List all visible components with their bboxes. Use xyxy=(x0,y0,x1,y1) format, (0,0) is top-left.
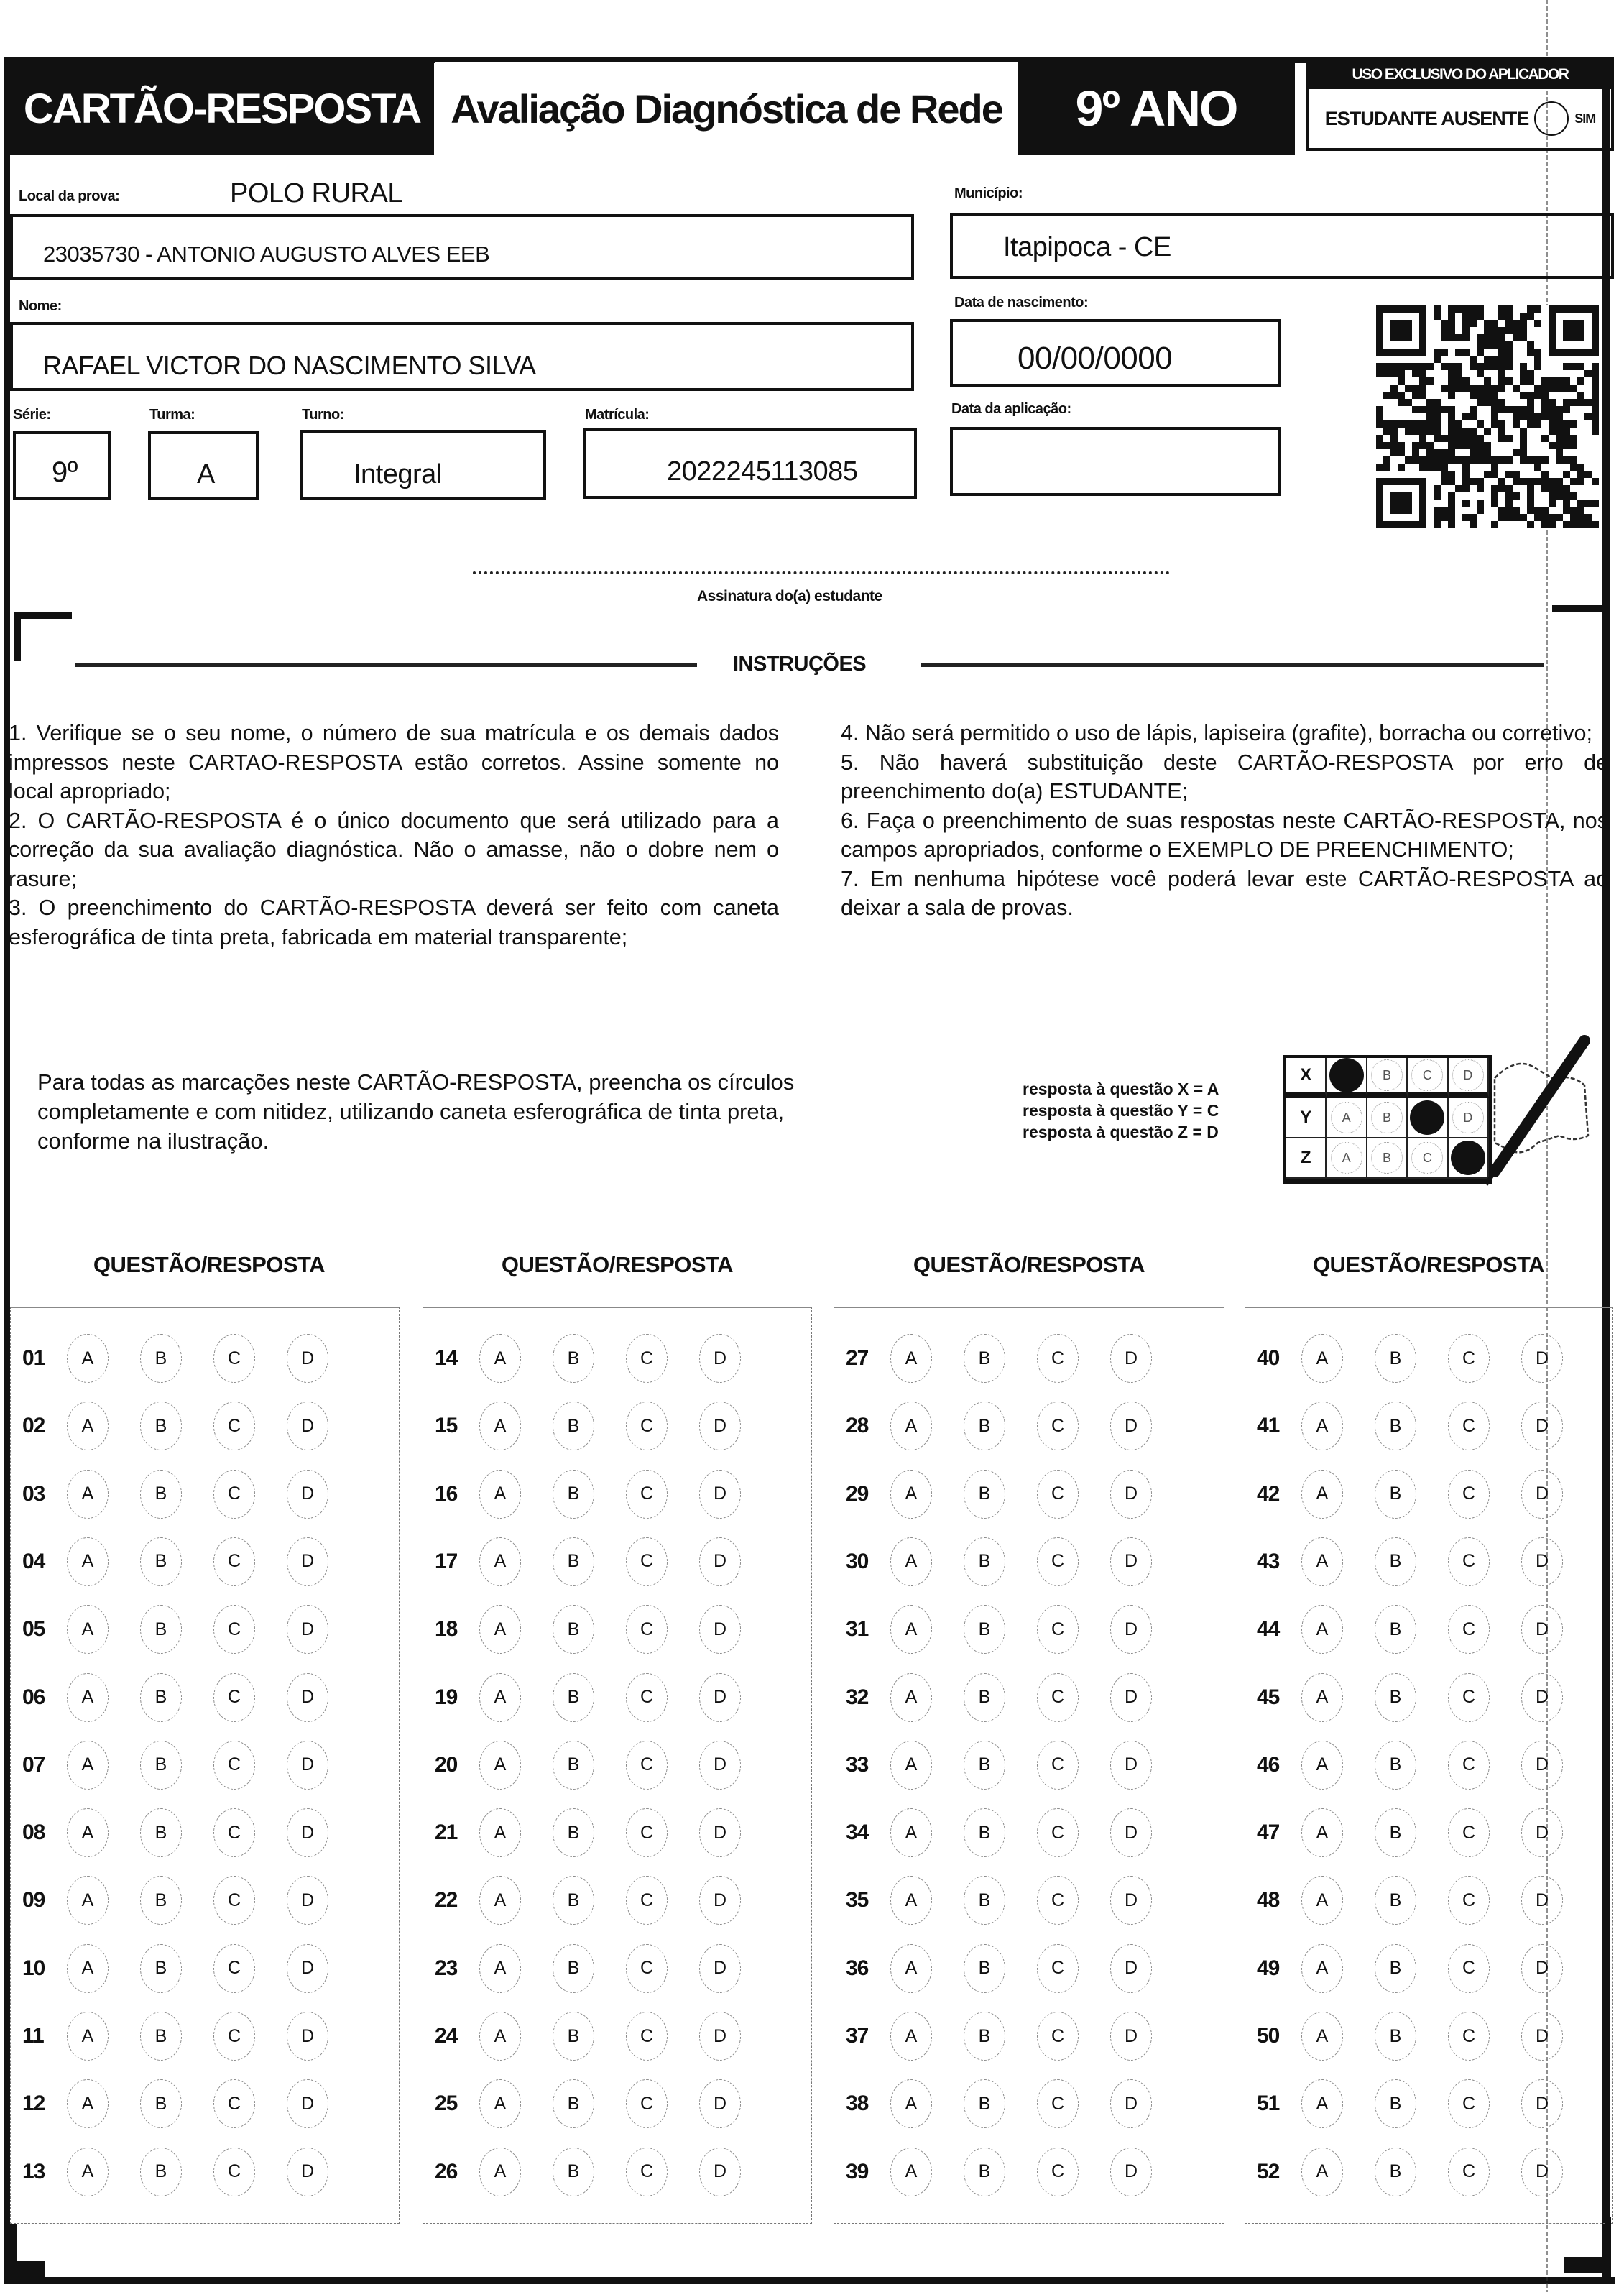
answer-bubble-d[interactable]: D xyxy=(1521,1537,1563,1586)
question-number: 48 xyxy=(1245,1888,1298,1913)
answer-bubble-d[interactable]: D xyxy=(1521,1876,1563,1925)
example-bubble: A xyxy=(1331,1142,1362,1174)
answer-bubble-c[interactable]: C xyxy=(1037,1334,1079,1383)
answer-bubble-b[interactable]: B xyxy=(964,1944,1005,1993)
answer-bubble-a[interactable]: A xyxy=(67,1876,109,1925)
answer-bubble-a[interactable]: A xyxy=(67,1808,109,1857)
question-row: 26ABCD xyxy=(423,2150,811,2194)
answer-bubble-a[interactable]: A xyxy=(1301,2148,1343,2196)
answer-bubble-b[interactable]: B xyxy=(964,1334,1005,1383)
answer-bubble-a[interactable]: A xyxy=(890,1741,932,1790)
corner-mark-bottom-left-block xyxy=(10,2261,45,2278)
answer-bubble-c[interactable]: C xyxy=(1037,1402,1079,1450)
answer-bubble-d[interactable]: D xyxy=(287,1334,328,1383)
answer-bubble-c[interactable]: C xyxy=(1037,1876,1079,1925)
answer-bubble-c[interactable]: C xyxy=(1037,1605,1079,1654)
turma-field: A xyxy=(148,431,259,500)
example-cell xyxy=(1408,1098,1448,1138)
answer-bubble-a[interactable]: A xyxy=(67,2079,109,2128)
answer-bubble-d[interactable]: D xyxy=(287,1944,328,1993)
answer-bubble-b[interactable]: B xyxy=(1375,1605,1416,1654)
answer-bubble-d[interactable]: D xyxy=(287,1605,328,1654)
answer-bubble-c[interactable]: C xyxy=(213,2079,255,2128)
fill-example-grid: XBCDYABDZABC xyxy=(1283,1055,1492,1184)
answer-bubble-d[interactable]: D xyxy=(1110,2012,1152,2061)
answer-bubble-d[interactable]: D xyxy=(287,2148,328,2196)
answer-bubble-a[interactable]: A xyxy=(890,1605,932,1654)
answer-bubble-d[interactable]: D xyxy=(699,1876,741,1925)
example-cell: A xyxy=(1327,1138,1367,1179)
corner-mark-top-left-v xyxy=(14,612,21,661)
answer-bubble-c[interactable]: C xyxy=(1448,1334,1490,1383)
answer-bubble-d[interactable]: D xyxy=(287,1470,328,1519)
answer-bubble-b[interactable]: B xyxy=(553,1537,594,1586)
answer-bubble-d[interactable]: D xyxy=(1110,1402,1152,1450)
question-row: 42ABCD xyxy=(1245,1473,1612,1516)
answer-bubble-a[interactable]: A xyxy=(479,1808,521,1857)
fill-note: Para todas as marcações neste CARTÃO-RES… xyxy=(37,1067,857,1156)
answer-bubble-a[interactable]: A xyxy=(890,1402,932,1450)
answer-bubble-b[interactable]: B xyxy=(140,1673,182,1722)
answer-bubble-c[interactable]: C xyxy=(1037,1673,1079,1722)
answer-bubble-d[interactable]: D xyxy=(287,1876,328,1925)
question-number: 23 xyxy=(423,1956,476,1981)
answer-bubble-c[interactable]: C xyxy=(626,1402,668,1450)
answer-bubble-b[interactable]: B xyxy=(553,1876,594,1925)
answer-bubble-b[interactable]: B xyxy=(1375,1402,1416,1450)
answer-bubble-a[interactable]: A xyxy=(890,1673,932,1722)
question-number: 21 xyxy=(423,1821,476,1845)
question-number: 11 xyxy=(11,2024,64,2048)
answer-bubble-b[interactable]: B xyxy=(1375,1876,1416,1925)
answer-bubble-d[interactable]: D xyxy=(1521,1605,1563,1654)
answer-bubble-a[interactable]: A xyxy=(67,2012,109,2061)
answer-bubble-d[interactable]: D xyxy=(699,1402,741,1450)
answer-bubble-a[interactable]: A xyxy=(1301,1470,1343,1519)
answer-bubble-a[interactable]: A xyxy=(1301,1673,1343,1722)
answer-bubble-c[interactable]: C xyxy=(626,1537,668,1586)
answer-bubble-a[interactable]: A xyxy=(1301,1944,1343,1993)
answer-bubble-b[interactable]: B xyxy=(1375,2148,1416,2196)
answer-bubble-d[interactable]: D xyxy=(287,1402,328,1450)
answer-bubble-c[interactable]: C xyxy=(1448,1944,1490,1993)
answer-bubble-a[interactable]: A xyxy=(67,2148,109,2196)
answer-bubble-a[interactable]: A xyxy=(1301,2012,1343,2061)
answer-bubble-d[interactable]: D xyxy=(699,1673,741,1722)
answer-bubble-b[interactable]: B xyxy=(1375,1470,1416,1519)
answer-bubble-a[interactable]: A xyxy=(890,2012,932,2061)
question-number: 31 xyxy=(834,1617,887,1642)
answer-bubble-d[interactable]: D xyxy=(1110,1673,1152,1722)
answer-bubble-a[interactable]: A xyxy=(1301,2079,1343,2128)
answer-bubble-b[interactable]: B xyxy=(553,1334,594,1383)
answer-bubble-a[interactable]: A xyxy=(479,1334,521,1383)
answer-bubble-b[interactable]: B xyxy=(1375,1334,1416,1383)
answer-bubble-c[interactable]: C xyxy=(1037,1470,1079,1519)
answer-bubble-d[interactable]: D xyxy=(287,1808,328,1857)
answer-bubble-a[interactable]: A xyxy=(1301,1402,1343,1450)
answer-bubble-c[interactable]: C xyxy=(213,1741,255,1790)
answer-bubble-c[interactable]: C xyxy=(1037,2012,1079,2061)
answer-bubble-b[interactable]: B xyxy=(964,1876,1005,1925)
answer-bubble-b[interactable]: B xyxy=(553,1402,594,1450)
answer-bubble-d[interactable]: D xyxy=(287,1537,328,1586)
answer-bubble-d[interactable]: D xyxy=(1521,1334,1563,1383)
answer-bubble-b[interactable]: B xyxy=(1375,1808,1416,1857)
answer-bubble-b[interactable]: B xyxy=(964,1470,1005,1519)
answer-bubble-b[interactable]: B xyxy=(964,1741,1005,1790)
answer-bubble-c[interactable]: C xyxy=(626,1944,668,1993)
answer-bubble-a[interactable]: A xyxy=(67,1470,109,1519)
question-number: 16 xyxy=(423,1482,476,1506)
answer-bubble-d[interactable]: D xyxy=(699,1470,741,1519)
answer-bubble-b[interactable]: B xyxy=(140,1537,182,1586)
answer-bubble-c[interactable]: C xyxy=(626,2148,668,2196)
answer-bubble-b[interactable]: B xyxy=(140,1944,182,1993)
answer-bubble-d[interactable]: D xyxy=(1110,1334,1152,1383)
example-legend: resposta à questão X = A resposta à ques… xyxy=(1023,1078,1219,1143)
answer-bubble-c[interactable]: C xyxy=(1448,1537,1490,1586)
answer-bubble-b[interactable]: B xyxy=(1375,1673,1416,1722)
answer-bubble-d[interactable]: D xyxy=(1110,1470,1152,1519)
instruction-4: 4. Não será permitido o uso de lápis, la… xyxy=(841,719,1608,748)
answer-bubble-a[interactable]: A xyxy=(67,1944,109,1993)
question-row: 23ABCD xyxy=(423,1947,811,1990)
answer-bubble-d[interactable]: D xyxy=(699,1334,741,1383)
answer-bubble-c[interactable]: C xyxy=(1448,1470,1490,1519)
answer-bubble-c[interactable]: C xyxy=(626,1334,668,1383)
answer-bubble-d[interactable]: D xyxy=(287,1741,328,1790)
answer-bubble-b[interactable]: B xyxy=(140,1402,182,1450)
answer-bubble-b[interactable]: B xyxy=(1375,2079,1416,2128)
answer-bubble-a[interactable]: A xyxy=(479,1470,521,1519)
aplicacao-label: Data da aplicação: xyxy=(951,401,1071,418)
instruction-5: 5. Não haverá substituição deste CARTÃO-… xyxy=(841,748,1608,806)
example-bubble: B xyxy=(1371,1059,1403,1091)
question-number: 25 xyxy=(423,2091,476,2116)
answer-bubble-d[interactable]: D xyxy=(699,1808,741,1857)
answer-column: 27ABCD28ABCD29ABCD30ABCD31ABCD32ABCD33AB… xyxy=(834,1307,1224,2224)
answer-bubble-c[interactable]: C xyxy=(1037,1537,1079,1586)
answer-bubble-c[interactable]: C xyxy=(1448,2079,1490,2128)
answer-bubble-b[interactable]: B xyxy=(964,2012,1005,2061)
answer-bubble-d[interactable]: D xyxy=(699,2012,741,2061)
answer-bubble-b[interactable]: B xyxy=(140,1876,182,1925)
turno-field: Integral xyxy=(300,430,546,500)
answer-bubble-b[interactable]: B xyxy=(553,2012,594,2061)
answer-bubble-c[interactable]: C xyxy=(213,1537,255,1586)
answer-bubble-c[interactable]: C xyxy=(626,1673,668,1722)
answer-bubble-b[interactable]: B xyxy=(553,1741,594,1790)
example-row-label: Y xyxy=(1286,1098,1327,1138)
answer-bubble-a[interactable]: A xyxy=(67,1402,109,1450)
answer-bubble-c[interactable]: C xyxy=(1037,2079,1079,2128)
answer-bubble-d[interactable]: D xyxy=(1521,1944,1563,1993)
serie-label: Série: xyxy=(13,407,51,423)
answer-bubble-b[interactable]: B xyxy=(964,1537,1005,1586)
answer-bubble-c[interactable]: C xyxy=(1448,1741,1490,1790)
answer-bubble-c[interactable]: C xyxy=(626,1741,668,1790)
answer-bubble-b[interactable]: B xyxy=(140,1470,182,1519)
question-number: 33 xyxy=(834,1753,887,1777)
answer-bubble-a[interactable]: A xyxy=(479,1537,521,1586)
answer-bubble-c[interactable]: C xyxy=(1037,1808,1079,1857)
question-number: 40 xyxy=(1245,1346,1298,1371)
answer-bubble-d[interactable]: D xyxy=(1521,2079,1563,2128)
answer-bubble-a[interactable]: A xyxy=(890,1537,932,1586)
answer-bubble-b[interactable]: B xyxy=(1375,1537,1416,1586)
answer-bubble-c[interactable]: C xyxy=(1037,2148,1079,2196)
answer-bubble-a[interactable]: A xyxy=(890,1944,932,1993)
question-row: 51ABCD xyxy=(1245,2082,1612,2125)
answer-bubble-d[interactable]: D xyxy=(1110,1605,1152,1654)
answer-bubble-c[interactable]: C xyxy=(213,1808,255,1857)
answer-bubble-d[interactable]: D xyxy=(699,1741,741,1790)
answer-bubble-c[interactable]: C xyxy=(213,2012,255,2061)
answer-bubble-d[interactable]: D xyxy=(1521,1673,1563,1722)
answer-bubble-b[interactable]: B xyxy=(1375,2012,1416,2061)
answer-bubble-d[interactable]: D xyxy=(699,2148,741,2196)
answer-bubble-a[interactable]: A xyxy=(1301,1741,1343,1790)
answer-bubble-a[interactable]: A xyxy=(1301,1537,1343,1586)
answer-bubble-d[interactable]: D xyxy=(1521,1741,1563,1790)
answer-bubble-a[interactable]: A xyxy=(479,1673,521,1722)
answer-bubble-b[interactable]: B xyxy=(964,1808,1005,1857)
instructions-rule-right xyxy=(921,663,1544,667)
answer-bubble-a[interactable]: A xyxy=(1301,1334,1343,1383)
example-cell xyxy=(1327,1058,1367,1098)
answer-bubble-d[interactable]: D xyxy=(699,1605,741,1654)
answer-bubble-a[interactable]: A xyxy=(479,1402,521,1450)
question-number: 44 xyxy=(1245,1617,1298,1642)
answer-bubble-a[interactable]: A xyxy=(890,1470,932,1519)
answer-bubble-d[interactable]: D xyxy=(1521,2148,1563,2196)
answer-bubble-c[interactable]: C xyxy=(1037,1741,1079,1790)
answer-column-title: QUESTÃO/RESPOSTA xyxy=(1278,1252,1579,1278)
question-row: 43ABCD xyxy=(1245,1540,1612,1583)
question-number: 09 xyxy=(11,1888,64,1913)
answer-bubble-c[interactable]: C xyxy=(213,1334,255,1383)
answer-bubble-d[interactable]: D xyxy=(287,2079,328,2128)
question-number: 43 xyxy=(1245,1550,1298,1574)
answer-bubble-d[interactable]: D xyxy=(287,1673,328,1722)
answer-bubble-b[interactable]: B xyxy=(553,1605,594,1654)
answer-bubble-a[interactable]: A xyxy=(479,1741,521,1790)
answer-bubble-b[interactable]: B xyxy=(140,1605,182,1654)
matricula-field: 2022245113085 xyxy=(583,428,917,499)
answer-bubble-b[interactable]: B xyxy=(964,2079,1005,2128)
answer-bubble-a[interactable]: A xyxy=(1301,1808,1343,1857)
answer-bubble-a[interactable]: A xyxy=(890,2079,932,2128)
corner-mark-top-right xyxy=(1552,605,1610,612)
answer-bubble-d[interactable]: D xyxy=(287,2012,328,2061)
answer-bubble-b[interactable]: B xyxy=(964,2148,1005,2196)
answer-bubble-b[interactable]: B xyxy=(140,1741,182,1790)
answer-bubble-b[interactable]: B xyxy=(553,1808,594,1857)
answer-bubble-d[interactable]: D xyxy=(699,1537,741,1586)
answer-bubble-b[interactable]: B xyxy=(553,1470,594,1519)
answer-bubble-c[interactable]: C xyxy=(213,1876,255,1925)
answer-bubble-c[interactable]: C xyxy=(1448,1876,1490,1925)
answer-bubble-b[interactable]: B xyxy=(140,2148,182,2196)
example-bubble: C xyxy=(1411,1142,1443,1174)
answer-bubble-a[interactable]: A xyxy=(479,2148,521,2196)
answer-bubble-b[interactable]: B xyxy=(964,1605,1005,1654)
answer-bubble-c[interactable]: C xyxy=(213,1605,255,1654)
school-value: 23035730 - ANTONIO AUGUSTO ALVES EEB xyxy=(43,241,489,267)
answer-bubble-d[interactable]: D xyxy=(1110,2148,1152,2196)
answer-bubble-a[interactable]: A xyxy=(67,1537,109,1586)
filled-bubble-icon xyxy=(1329,1058,1364,1092)
answer-bubble-a[interactable]: A xyxy=(1301,1876,1343,1925)
nascimento-label: Data de nascimento: xyxy=(954,295,1088,311)
answer-bubble-a[interactable]: A xyxy=(67,1741,109,1790)
answer-bubble-c[interactable]: C xyxy=(626,1470,668,1519)
answer-bubble-a[interactable]: A xyxy=(479,1876,521,1925)
answer-bubble-a[interactable]: A xyxy=(67,1673,109,1722)
answer-bubble-a[interactable]: A xyxy=(479,1944,521,1993)
answer-bubble-c[interactable]: C xyxy=(213,1673,255,1722)
answer-bubble-b[interactable]: B xyxy=(1375,1944,1416,1993)
question-row: 30ABCD xyxy=(834,1540,1224,1583)
answer-bubble-d[interactable]: D xyxy=(1110,1944,1152,1993)
question-row: 28ABCD xyxy=(834,1404,1224,1448)
question-number: 26 xyxy=(423,2160,476,2184)
question-number: 03 xyxy=(11,1482,64,1506)
answer-bubble-a[interactable]: A xyxy=(890,1808,932,1857)
aplicacao-field[interactable] xyxy=(950,427,1281,496)
answer-bubble-c[interactable]: C xyxy=(213,2148,255,2196)
answer-column-title: QUESTÃO/RESPOSTA xyxy=(878,1252,1180,1278)
question-row: 11ABCD xyxy=(11,2015,399,2058)
answer-bubble-c[interactable]: C xyxy=(626,1605,668,1654)
answer-bubble-c[interactable]: C xyxy=(213,1470,255,1519)
answer-bubble-a[interactable]: A xyxy=(1301,1605,1343,1654)
answer-bubble-d[interactable]: D xyxy=(699,2079,741,2128)
answer-bubble-a[interactable]: A xyxy=(67,1605,109,1654)
answer-bubble-d[interactable]: D xyxy=(1110,1808,1152,1857)
answer-bubble-c[interactable]: C xyxy=(213,1402,255,1450)
answer-bubble-d[interactable]: D xyxy=(1521,1470,1563,1519)
answer-bubble-b[interactable]: B xyxy=(964,1402,1005,1450)
answer-bubble-c[interactable]: C xyxy=(626,1808,668,1857)
answer-bubble-b[interactable]: B xyxy=(1375,1741,1416,1790)
absent-label: ESTUDANTE AUSENTE xyxy=(1325,108,1529,130)
answer-bubble-c[interactable]: C xyxy=(1448,2148,1490,2196)
answer-bubble-d[interactable]: D xyxy=(1521,1808,1563,1857)
example-cell: B xyxy=(1367,1138,1408,1179)
answer-bubble-d[interactable]: D xyxy=(1521,1402,1563,1450)
question-row: 24ABCD xyxy=(423,2015,811,2058)
answer-bubble-b[interactable]: B xyxy=(553,1944,594,1993)
answer-bubble-a[interactable]: A xyxy=(479,1605,521,1654)
answer-bubble-c[interactable]: C xyxy=(626,2012,668,2061)
question-row: 15ABCD xyxy=(423,1404,811,1448)
answer-bubble-a[interactable]: A xyxy=(479,2079,521,2128)
question-number: 45 xyxy=(1245,1685,1298,1710)
answer-bubble-b[interactable]: B xyxy=(553,1673,594,1722)
answer-bubble-c[interactable]: C xyxy=(1037,1944,1079,1993)
answer-bubble-d[interactable]: D xyxy=(699,1944,741,1993)
question-row: 50ABCD xyxy=(1245,2015,1612,2058)
local-label: Local da prova: xyxy=(19,188,119,205)
question-number: 06 xyxy=(11,1685,64,1710)
question-row: 38ABCD xyxy=(834,2082,1224,2125)
example-row-label: Z xyxy=(1286,1138,1327,1179)
example-legend-y: resposta à questão Y = C xyxy=(1023,1100,1219,1121)
question-row: 41ABCD xyxy=(1245,1404,1612,1448)
question-number: 24 xyxy=(423,2024,476,2048)
answer-bubble-b[interactable]: B xyxy=(140,2012,182,2061)
example-legend-z: resposta à questão Z = D xyxy=(1023,1121,1219,1143)
answer-bubble-c[interactable]: C xyxy=(1448,1673,1490,1722)
answer-bubble-a[interactable]: A xyxy=(67,1334,109,1383)
question-row: 17ABCD xyxy=(423,1540,811,1583)
municipio-label: Município: xyxy=(954,185,1023,202)
answer-bubble-a[interactable]: A xyxy=(890,1334,932,1383)
answer-bubble-d[interactable]: D xyxy=(1110,1741,1152,1790)
answer-bubble-a[interactable]: A xyxy=(890,2148,932,2196)
answer-bubble-b[interactable]: B xyxy=(964,1673,1005,1722)
answer-bubble-b[interactable]: B xyxy=(140,2079,182,2128)
answer-bubble-d[interactable]: D xyxy=(1521,2012,1563,2061)
answer-bubble-b[interactable]: B xyxy=(553,2079,594,2128)
answer-bubble-a[interactable]: A xyxy=(890,1876,932,1925)
turno-value: Integral xyxy=(354,459,442,490)
matricula-label: Matrícula: xyxy=(585,407,649,423)
nascimento-field: 00/00/0000 xyxy=(950,319,1281,387)
question-number: 10 xyxy=(11,1956,64,1981)
question-number: 36 xyxy=(834,1956,887,1981)
question-number: 30 xyxy=(834,1550,887,1574)
signature-line[interactable] xyxy=(473,571,1170,574)
answer-bubble-c[interactable]: C xyxy=(1448,1402,1490,1450)
question-row: 21ABCD xyxy=(423,1811,811,1854)
example-cell: B xyxy=(1367,1058,1408,1098)
instruction-6: 6. Faça o preenchimento de suas resposta… xyxy=(841,806,1608,865)
answer-bubble-c[interactable]: C xyxy=(1448,2012,1490,2061)
question-row: 04ABCD xyxy=(11,1540,399,1583)
answer-bubble-d[interactable]: D xyxy=(1110,2079,1152,2128)
question-row: 12ABCD xyxy=(11,2082,399,2125)
answer-bubble-c[interactable]: C xyxy=(1448,1808,1490,1857)
example-row-label: X xyxy=(1286,1058,1327,1098)
answer-bubble-b[interactable]: B xyxy=(140,1808,182,1857)
question-row: 10ABCD xyxy=(11,1947,399,1990)
answer-bubble-d[interactable]: D xyxy=(1110,1876,1152,1925)
answer-bubble-c[interactable]: C xyxy=(213,1944,255,1993)
question-row: 48ABCD xyxy=(1245,1879,1612,1922)
answer-bubble-b[interactable]: B xyxy=(553,2148,594,2196)
question-row: 01ABCD xyxy=(11,1337,399,1380)
absent-radio[interactable] xyxy=(1534,101,1569,136)
answer-bubble-c[interactable]: C xyxy=(626,2079,668,2128)
question-row: 32ABCD xyxy=(834,1676,1224,1719)
corner-mark-top-left xyxy=(14,612,72,619)
answer-bubble-a[interactable]: A xyxy=(479,2012,521,2061)
example-bubble: C xyxy=(1411,1059,1443,1091)
answer-bubble-c[interactable]: C xyxy=(1448,1605,1490,1654)
question-number: 07 xyxy=(11,1753,64,1777)
question-number: 34 xyxy=(834,1821,887,1845)
question-number: 22 xyxy=(423,1888,476,1913)
applicator-title: USO EXCLUSIVO DO APLICADOR xyxy=(1309,60,1611,89)
question-number: 47 xyxy=(1245,1821,1298,1845)
question-row: 45ABCD xyxy=(1245,1676,1612,1719)
answer-bubble-c[interactable]: C xyxy=(626,1876,668,1925)
answer-bubble-b[interactable]: B xyxy=(140,1334,182,1383)
answer-bubble-d[interactable]: D xyxy=(1110,1537,1152,1586)
